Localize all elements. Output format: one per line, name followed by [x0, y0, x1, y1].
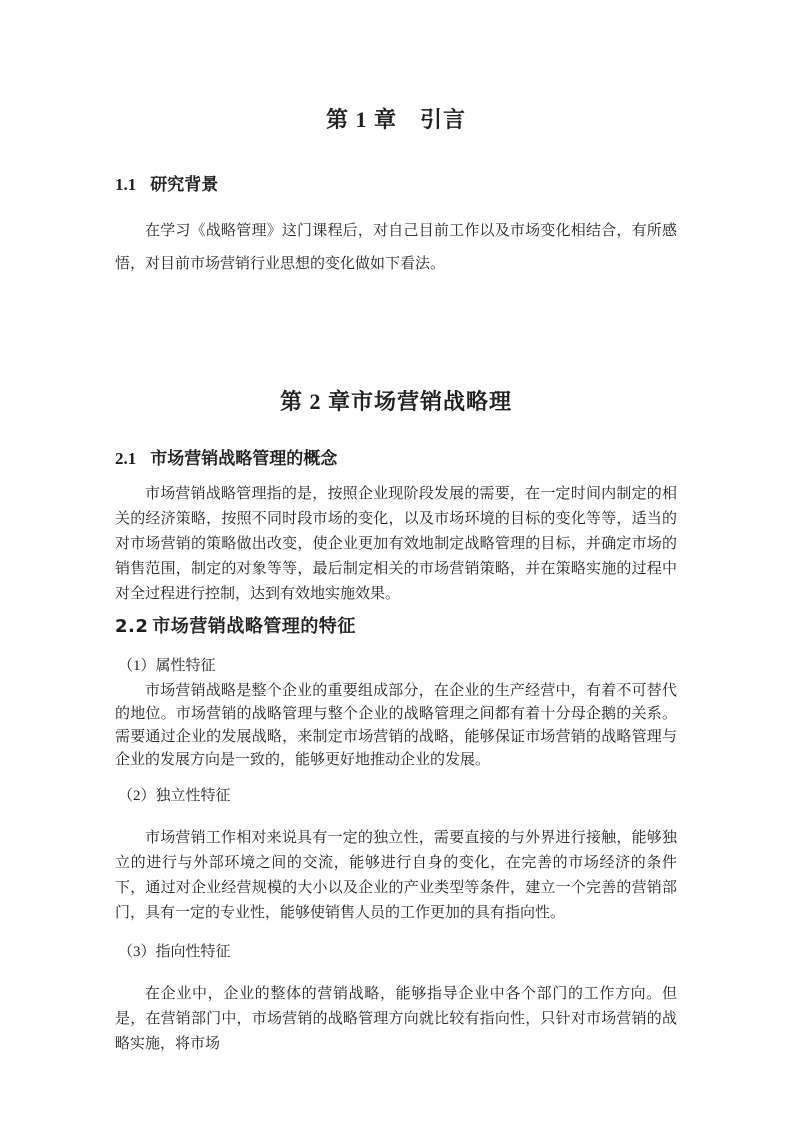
section-1-1-heading: 1.1研究背景 [115, 173, 677, 197]
section-1-1-title: 研究背景 [150, 175, 218, 194]
section-2-1-title: 市场营销战略管理的概念 [150, 449, 337, 468]
feature-2-label: （2）独立性特征 [115, 785, 677, 807]
section-2-2-number: 2.2 [115, 616, 148, 637]
chapter-1-title: 第 1 章 引言 [115, 105, 677, 135]
section-2-1-heading: 2.1市场营销战略管理的概念 [115, 447, 677, 471]
section-1-1-number: 1.1 [115, 175, 136, 194]
chapter-2-title: 第 2 章市场营销战略理 [115, 387, 677, 417]
chapter-1-paragraph: 在学习《战略管理》这门课程后，对自己目前工作以及市场变化相结合，有所感悟，对目前… [115, 215, 677, 281]
document-page: 第 1 章 引言 1.1研究背景 在学习《战略管理》这门课程后，对自己目前工作以… [0, 0, 793, 1122]
section-2-2-heading: 2.2市场营销战略管理的特征 [115, 614, 677, 640]
page-content: 第 1 章 引言 1.1研究背景 在学习《战略管理》这门课程后，对自己目前工作以… [0, 105, 793, 1057]
feature-3-label: （3）指向性特征 [115, 941, 677, 963]
section-2-2-title: 市场营销战略管理的特征 [152, 616, 356, 637]
section-2-1-paragraph: 市场营销战略管理指的是，按照企业现阶段发展的需要，在一定时间内制定的相关的经济策… [115, 482, 677, 607]
feature-1-paragraph: 市场营销战略是整个企业的重要组成部分，在企业的生产经营中，有着不可替代的地位。市… [115, 680, 677, 772]
feature-3-paragraph: 在企业中，企业的整体的营销战略，能够指导企业中各个部门的工作方向。但是，在营销部… [115, 982, 677, 1057]
section-2-1-number: 2.1 [115, 449, 136, 468]
feature-2-paragraph: 市场营销工作相对来说具有一定的独立性，需要直接的与外界进行接触，能够独立的进行与… [115, 826, 677, 926]
feature-1-label: （1）属性特征 [115, 655, 677, 677]
